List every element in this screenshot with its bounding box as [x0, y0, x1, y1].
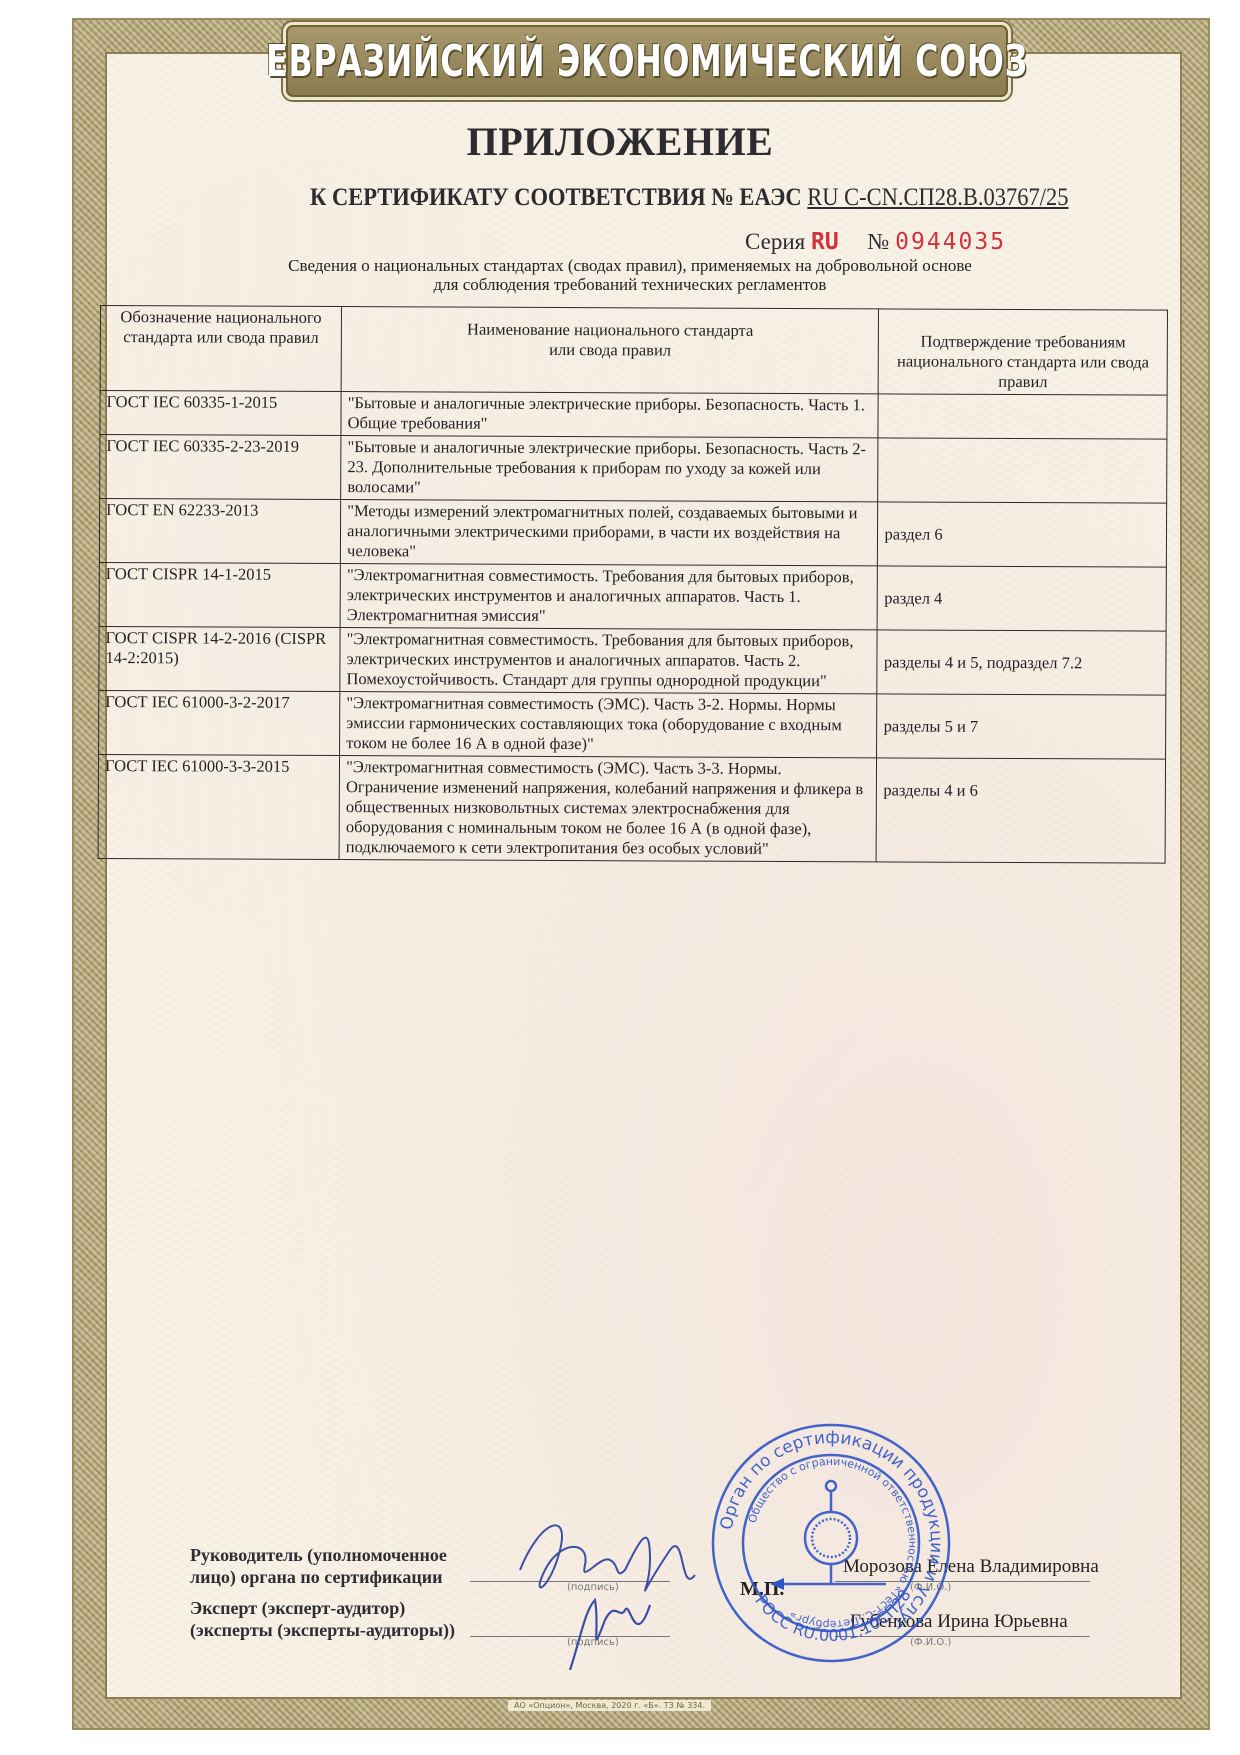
- standard-name: "Методы измерений электромагнитных полей…: [341, 500, 879, 566]
- standard-code: ГОСТ CISPR 14-1-2015: [99, 562, 340, 627]
- table-row: ГОСТ IEC 60335-1-2015"Бытовые и аналогич…: [100, 391, 1167, 440]
- standard-name: "Бытовые и аналогичные электрические при…: [341, 392, 879, 438]
- certificate-subtitle: К СЕРТИФИКАТУ СООТВЕТСТВИЯ № ЕАЭС RU C-C…: [310, 184, 1069, 212]
- table-row: ГОСТ IEC 61000-3-3-2015"Электромагнитная…: [98, 754, 1165, 863]
- series-label: Серия: [745, 229, 805, 254]
- intro-text: Сведения о национальных стандартах (свод…: [250, 256, 1010, 294]
- table-row: ГОСТ EN 62233-2013"Методы измерений элек…: [99, 499, 1166, 568]
- standard-name: "Бытовые и аналогичные электрические при…: [341, 436, 879, 502]
- standard-code: ГОСТ IEC 60335-1-2015: [100, 391, 341, 436]
- header-name: Наименование национального стандарта или…: [341, 307, 879, 394]
- head-label-line-1: Руководитель (уполномоченное: [190, 1544, 447, 1566]
- confirmation-clause: раздел 4: [878, 566, 1167, 631]
- table-row: ГОСТ IEC 61000-3-2-2017"Электромагнитная…: [99, 690, 1166, 759]
- confirmation-clause: раздел 6: [878, 502, 1167, 567]
- header-code: Обозначение национального стандарта или …: [100, 306, 342, 392]
- standard-name: "Электромагнитная совместимость. Требова…: [340, 628, 878, 694]
- header-confirmation: Подтверждение требованиям национального …: [879, 309, 1168, 395]
- confirmation-clause: [878, 394, 1167, 439]
- table-row: ГОСТ IEC 60335-2-23-2019"Бытовые и анало…: [100, 435, 1167, 504]
- page-title: ПРИЛОЖЕНИЕ: [0, 118, 1240, 165]
- standard-code: ГОСТ EN 62233-2013: [99, 499, 340, 564]
- series-value: RU: [811, 229, 839, 255]
- head-label: Руководитель (уполномоченное лицо) орган…: [190, 1544, 447, 1588]
- standard-name: "Электромагнитная совместимость (ЭМС). Ч…: [339, 756, 877, 862]
- standard-code: ГОСТ IEC 60335-2-23-2019: [100, 435, 341, 500]
- confirmation-clause: разделы 4 и 5, подраздел 7.2: [877, 630, 1166, 695]
- confirmation-clause: разделы 4 и 6: [877, 758, 1166, 863]
- table-header-row: Обозначение национального стандарта или …: [100, 306, 1167, 396]
- certificate-paper: [105, 52, 1182, 1699]
- standard-code: ГОСТ IEC 61000-3-2-2017: [99, 690, 340, 755]
- expert-label: Эксперт (эксперт-аудитор) (эксперты (экс…: [190, 1597, 455, 1641]
- table-row: ГОСТ CISPR 14-1-2015"Электромагнитная со…: [99, 562, 1166, 631]
- signature-scribbles: [500, 1500, 710, 1670]
- certification-body-stamp: Орган по сертификации продукции и услуг …: [706, 1418, 956, 1668]
- subtitle-prefix: К СЕРТИФИКАТУ СООТВЕТСТВИЯ № ЕАЭС: [310, 184, 802, 211]
- standards-table: Обозначение национального стандарта или …: [98, 305, 1168, 864]
- blank-series: Серия RU № 0944035: [745, 229, 1006, 255]
- union-name: ЕВРАЗИЙСКИЙ ЭКОНОМИЧЕСКИЙ СОЮЗ: [266, 36, 1028, 87]
- blank-number: 0944035: [895, 229, 1006, 255]
- standard-name: "Электромагнитная совместимость (ЭМС). Ч…: [340, 692, 878, 758]
- head-label-line-2: лицо) органа по сертификации: [190, 1566, 447, 1588]
- expert-label-line-1: Эксперт (эксперт-аудитор): [190, 1597, 455, 1619]
- standard-name: "Электромагнитная совместимость. Требова…: [340, 564, 878, 630]
- confirmation-clause: [878, 438, 1167, 503]
- expert-label-line-2: (эксперты (эксперты-аудиторы)): [190, 1619, 455, 1641]
- standard-code: ГОСТ CISPR 14-2-2016 (CISPR 14-2:2015): [99, 626, 340, 691]
- table-row: ГОСТ CISPR 14-2-2016 (CISPR 14-2:2015)"Э…: [99, 626, 1166, 695]
- union-banner: ЕВРАЗИЙСКИЙ ЭКОНОМИЧЕСКИЙ СОЮЗ: [283, 22, 1011, 100]
- standard-code: ГОСТ IEC 61000-3-3-2015: [98, 754, 340, 859]
- certificate-number: RU C-CN.СП28.В.03767/25: [807, 184, 1068, 211]
- printer-note: АО «Опцион», Москва, 2020 г. «Б». ТЗ № 3…: [508, 1700, 711, 1711]
- confirmation-clause: разделы 5 и 7: [877, 694, 1166, 759]
- number-label: №: [867, 229, 889, 254]
- intro-line-1: Сведения о национальных стандартах (свод…: [250, 256, 1010, 275]
- intro-line-2: для соблюдения требований технических ре…: [250, 275, 1010, 294]
